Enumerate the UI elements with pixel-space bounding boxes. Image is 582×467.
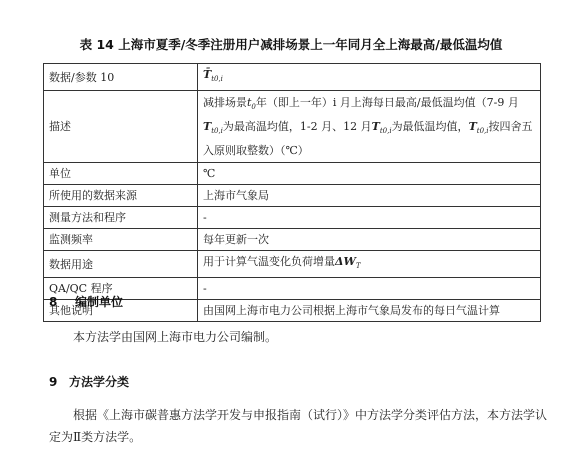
table-caption: 表 14 上海市夏季/冬季注册用户减排场景上一年同月全上海最高/最低温均值 — [0, 35, 582, 53]
row-value: ℃ — [198, 163, 541, 185]
row-value: 上海市气象局 — [198, 185, 541, 207]
row-key: 单位 — [44, 163, 198, 185]
row-value: - — [198, 207, 541, 229]
row-value: - — [198, 278, 541, 300]
row-key: 监测频率 — [44, 229, 198, 251]
param-symbol: T̄ — [203, 68, 211, 81]
section-body-8: 本方法学由国网上海市电力公司编制。 — [49, 326, 549, 348]
section-heading-8: 8编制单位 — [49, 293, 123, 310]
section-body-9: 根据《上海市碳普惠方法学开发与申报指南（试行）》中方法学分类评估方法，本方法学认… — [49, 404, 549, 448]
table-row: 描述 减排场景t0年（即上一年）i 月上海每日最高/最低温均值（7-9 月Tt0… — [44, 91, 541, 163]
table-row: 监测频率 每年更新一次 — [44, 229, 541, 251]
section-heading-9: 9方法学分类 — [49, 373, 129, 390]
table-row: 测量方法和程序 - — [44, 207, 541, 229]
row-value: T̄t0,i — [198, 64, 541, 91]
table-row: 单位 ℃ — [44, 163, 541, 185]
row-value: 用于计算气温变化负荷增量ΔWT — [198, 251, 541, 278]
row-key: 测量方法和程序 — [44, 207, 198, 229]
row-value: 每年更新一次 — [198, 229, 541, 251]
row-key: 数据用途 — [44, 251, 198, 278]
row-value: 由国网上海市电力公司根据上海市气象局发布的每日气温计算 — [198, 300, 541, 322]
row-key: 描述 — [44, 91, 198, 163]
table-row: 数据用途 用于计算气温变化负荷增量ΔWT — [44, 251, 541, 278]
table-row: 数据/参数 10 T̄t0,i — [44, 64, 541, 91]
row-key: 数据/参数 10 — [44, 64, 198, 91]
table-row: 所使用的数据来源 上海市气象局 — [44, 185, 541, 207]
row-value-description: 减排场景t0年（即上一年）i 月上海每日最高/最低温均值（7-9 月Tt0,i为… — [198, 91, 541, 163]
row-key: 所使用的数据来源 — [44, 185, 198, 207]
parameter-table: 数据/参数 10 T̄t0,i 描述 减排场景t0年（即上一年）i 月上海每日最… — [43, 63, 541, 322]
